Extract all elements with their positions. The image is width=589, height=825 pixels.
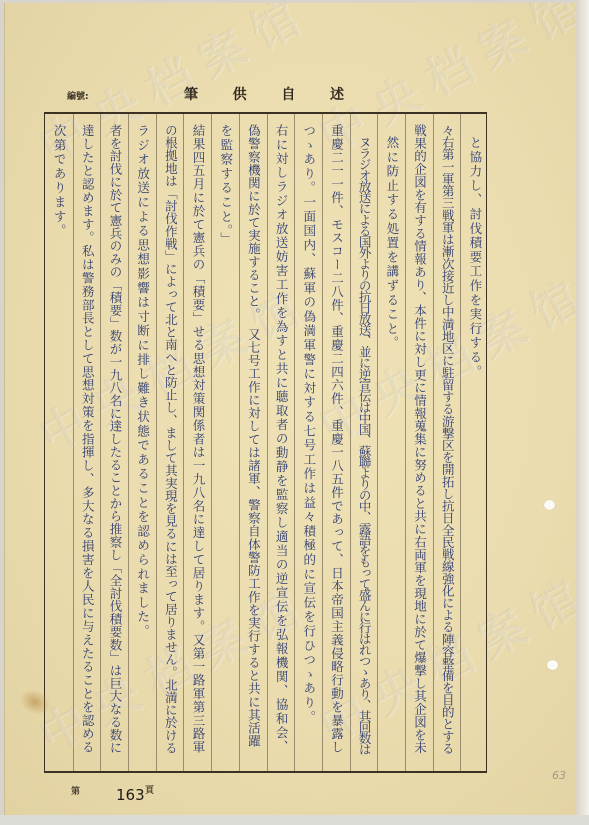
footer-prefix: 第 <box>71 784 80 797</box>
manuscript-column: 々右第一軍第三戦軍は漸次接近し中満地区に駐留する游撃区を開拓し抗日全民戦線強化に… <box>433 114 461 771</box>
scan-edge-bottom <box>0 815 589 825</box>
handwritten-line: 右に対しラジオ放送妨害工作を為すと共に聴取者の動静を監察し適当の逆宣伝を弘報機関… <box>275 124 288 754</box>
document-title: 筆 供 自 述 <box>184 84 344 104</box>
manuscript-column: つゝあり。一面国内、蘇軍の偽満軍警に対する七号工作は益々積極的に宣伝を行ひつゝあ… <box>294 114 322 771</box>
handwritten-line: を監察すること。」 <box>219 124 232 246</box>
title-char: 供 <box>233 84 247 104</box>
title-char: 筆 <box>184 84 198 104</box>
manuscript-column: 重慶二一一件、モスコー二八件、重慶二四六件、重慶一八五件であって、日本帝国主義侵… <box>322 114 350 771</box>
handwritten-line: 偽警察機関に於て実施すること。 又七号工作に対しては諸軍、警察自体警防工作を実行… <box>247 124 260 748</box>
scan-edge-right <box>576 0 589 815</box>
handwritten-line: 次第であります。 <box>53 124 66 238</box>
document-page: 中央档案馆 中央档案馆 中央档案馆 中央档案馆 中央档案馆 中央档案馆 編號: … <box>4 3 576 815</box>
handwritten-line: ヌラジオ放送による国外よりの抗日放送、並に逆宣伝は中国、蘇聯よりの中、露語をもっ… <box>358 136 371 754</box>
title-char: 自 <box>281 84 295 104</box>
handwritten-line: つゝあり。一面国内、蘇軍の偽満軍警に対する七号工作は益々積極的に宣伝を行ひつゝあ… <box>302 124 315 725</box>
handwritten-line: ラジオ放送による思想影響は寸断に排し難き状態であることを認められました。 <box>136 124 149 639</box>
manuscript-column: を監察すること。」 <box>211 114 239 771</box>
manuscript-column: 者を討伐に於て憲兵のみの「積要」数が一九八名に達したることから推察し「全討伐積要… <box>100 114 128 771</box>
handwritten-line: と協力し、討伐積要工作を実行する。 <box>468 136 481 379</box>
title-char: 述 <box>330 84 344 104</box>
page-number: 163 <box>116 786 145 804</box>
handwritten-line: の根拠地は「討伐作戦」によって北と南へと防止し、まして其実現を見るには至って居り… <box>164 124 177 754</box>
handwritten-line: 結果四五月に於て憲兵の「積要」せる思想対策関係者は一九八名に達して居ります。又第… <box>192 124 205 754</box>
handwritten-line: 然に防止する処置を講ずること。 <box>385 136 398 351</box>
handwritten-line: 重慶二一一件、モスコー二八件、重慶二四六件、重慶一八五件であって、日本帝国主義侵… <box>330 124 343 754</box>
handwritten-line: 戦果的企図を有する情報あり、本件に対し更に情報蒐集に努めると共に右両軍を現地に於… <box>413 124 426 754</box>
manuscript-column: 戦果的企図を有する情報あり、本件に対し更に情報蒐集に努めると共に右両軍を現地に於… <box>405 114 433 771</box>
manuscript-column: 然に防止する処置を講ずること。 <box>377 114 405 771</box>
punch-hole <box>547 660 558 670</box>
handwritten-line: 々右第一軍第三戦軍は漸次接近し中満地区に駐留する游撃区を開拓し抗日全民戦線強化に… <box>441 124 454 754</box>
handwritten-line: 者を討伐に於て憲兵のみの「積要」数が一九八名に達したることから推察し「全討伐積要… <box>108 124 121 754</box>
manuscript-column: と協力し、討伐積要工作を実行する。 <box>460 114 488 771</box>
footer-suffix: 頁 <box>145 783 154 796</box>
manuscript-column: 次第であります。 <box>45 114 73 771</box>
manuscript-column: 右に対しラジオ放送妨害工作を為すと共に聴取者の動静を監察し適当の逆宣伝を弘報機関… <box>267 114 295 771</box>
handwritten-line: 達したと認めます。私は警務部長として思想対策を指揮し、多大なる損害を人民に与えた… <box>81 124 94 754</box>
manuscript-column: 達したと認めます。私は警務部長として思想対策を指揮し、多大なる損害を人民に与えた… <box>73 114 101 771</box>
manuscript-column: ヌラジオ放送による国外よりの抗日放送、並に逆宣伝は中国、蘇聯よりの中、露語をもっ… <box>350 114 378 771</box>
manuscript-column: の根拠地は「討伐作戦」によって北と南へと防止し、まして其実現を見るには至って居り… <box>156 114 184 771</box>
archive-margin-number: 63 <box>552 769 566 782</box>
manuscript-grid: 次第であります。達したと認めます。私は警務部長として思想対策を指揮し、多大なる損… <box>44 112 487 773</box>
manuscript-column: 結果四五月に於て憲兵の「積要」せる思想対策関係者は一九八名に達して居ります。又第… <box>183 114 211 771</box>
manuscript-column: 偽警察機関に於て実施すること。 又七号工作に対しては諸軍、警察自体警防工作を実行… <box>239 114 267 771</box>
punch-hole <box>544 500 555 510</box>
serial-number-label: 編號: <box>67 89 89 102</box>
manuscript-column: ラジオ放送による思想影響は寸断に排し難き状態であることを認められました。 <box>128 114 156 771</box>
